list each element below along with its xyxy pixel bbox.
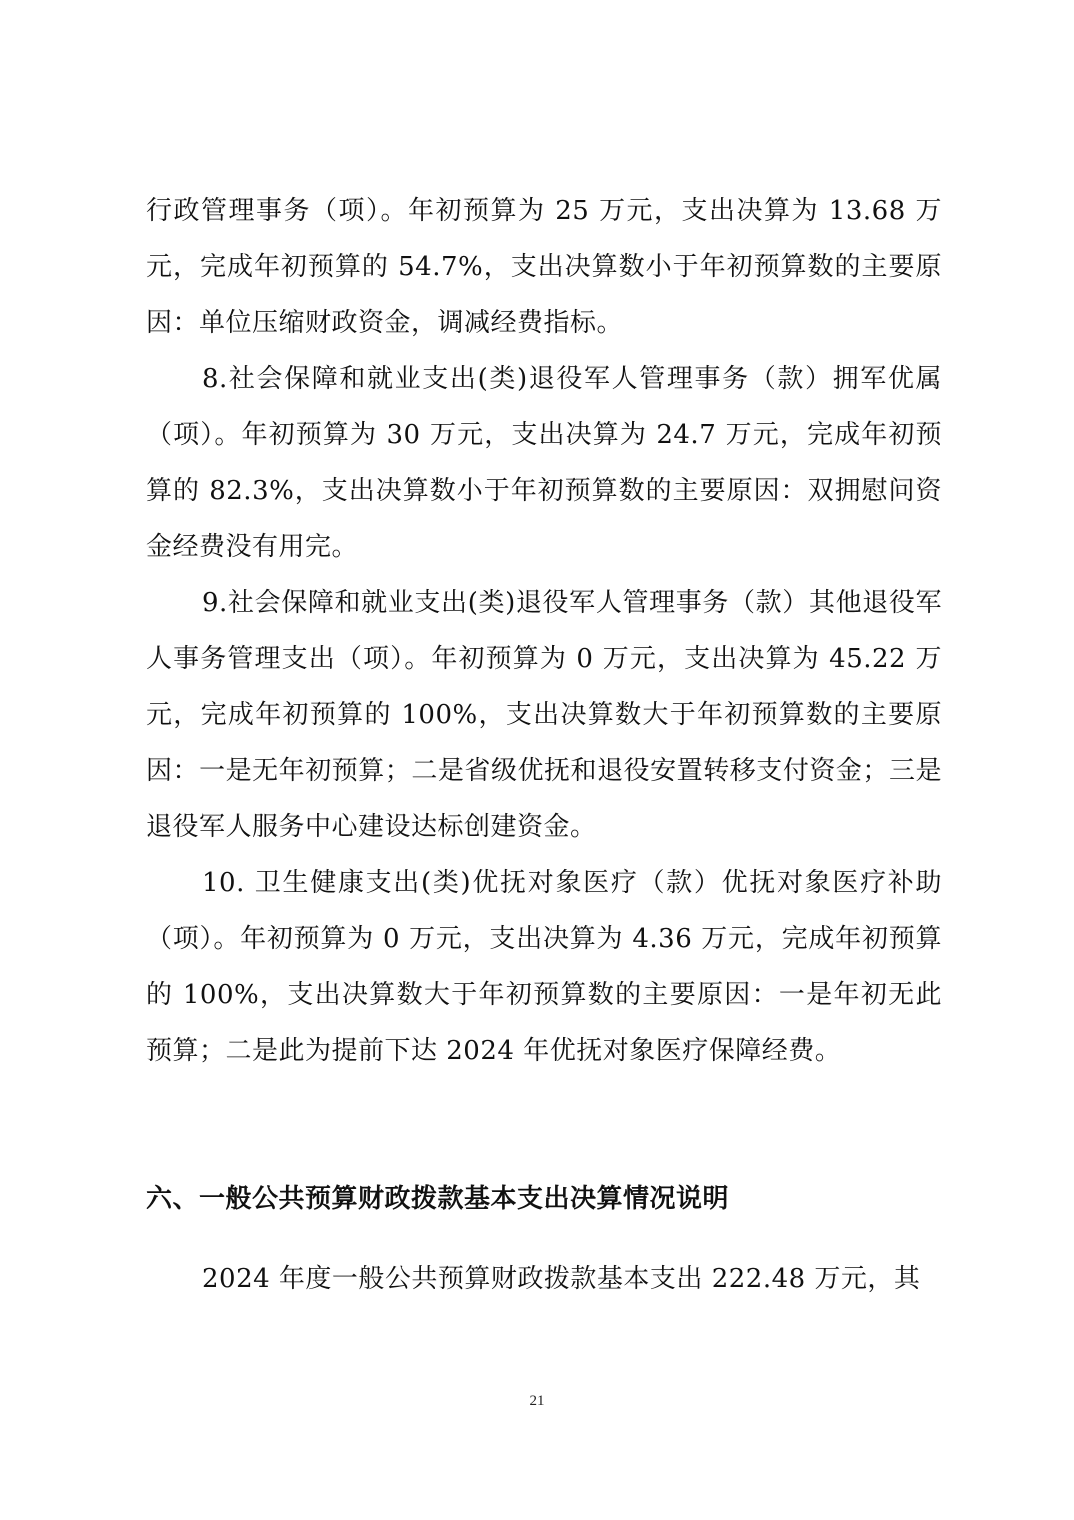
body-text-block: 行政管理事务（项）。年初预算为 25 万元，支出决算为 13.68 万元，完成年… — [146, 183, 942, 1079]
paragraph-item-8: 8.社会保障和就业支出(类)退役军人管理事务（款）拥军优属（项）。年初预算为 3… — [146, 351, 942, 575]
paragraph-item-10: 10. 卫生健康支出(类)优抚对象医疗（款）优抚对象医疗补助（项）。年初预算为 … — [146, 855, 942, 1079]
paragraph-item-9: 9.社会保障和就业支出(类)退役军人管理事务（款）其他退役军人事务管理支出（项）… — [146, 575, 942, 855]
paragraph-item-7-continuation: 行政管理事务（项）。年初预算为 25 万元，支出决算为 13.68 万元，完成年… — [146, 183, 942, 351]
section-paragraph: 2024 年度一般公共预算财政拨款基本支出 222.48 万元，其 — [146, 1251, 942, 1307]
page-number: 21 — [0, 1393, 1074, 1410]
section-heading: 六、一般公共预算财政拨款基本支出决算情况说明 — [146, 1171, 942, 1227]
document-page: 行政管理事务（项）。年初预算为 25 万元，支出决算为 13.68 万元，完成年… — [0, 0, 1074, 1520]
